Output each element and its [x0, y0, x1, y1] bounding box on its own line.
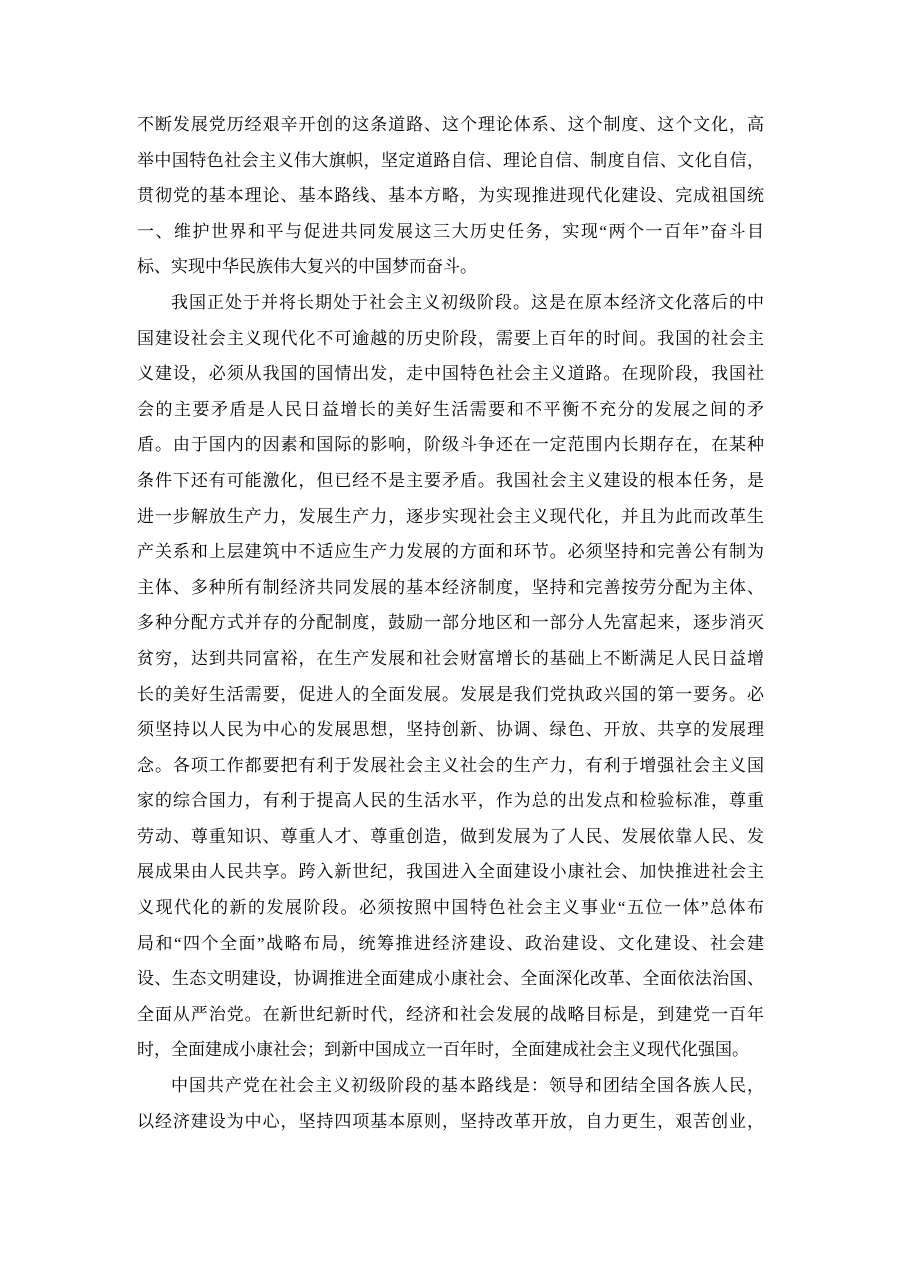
paragraph: 我国正处于并将长期处于社会主义初级阶段。这是在原本经济文化落后的中国建设社会主义…: [137, 285, 764, 1068]
text-line: 全面从严治党。在新世纪新时代，经济和社会发展的战略目标是，到建党一百年: [137, 997, 764, 1033]
text-line: 标、实现中华民族伟大复兴的中国梦而奋斗。: [137, 249, 764, 285]
text-line: 须坚持以人民为中心的发展思想，坚持创新、协调、绿色、开放、共享的发展理: [137, 712, 764, 748]
paragraph: 不断发展党历经艰辛开创的这条道路、这个理论体系、这个制度、这个文化，高举中国特色…: [137, 107, 764, 285]
text-line: 不断发展党历经艰辛开创的这条道路、这个理论体系、这个制度、这个文化，高: [137, 107, 764, 143]
text-line: 中国共产党在社会主义初级阶段的基本路线是：领导和团结全国各族人民，: [137, 1068, 764, 1104]
text-line: 家的综合国力，有利于提高人民的生活水平，作为总的出发点和检验标准，尊重: [137, 783, 764, 819]
text-line: 主体、多种所有制经济共同发展的基本经济制度，坚持和完善按劳分配为主体、: [137, 570, 764, 606]
text-line: 多种分配方式并存的分配制度，鼓励一部分地区和一部分人先富起来，逐步消灭: [137, 605, 764, 641]
document-page: 不断发展党历经艰辛开创的这条道路、这个理论体系、这个制度、这个文化，高举中国特色…: [0, 0, 900, 1272]
text-line: 举中国特色社会主义伟大旗帜，坚定道路自信、理论自信、制度自信、文化自信，: [137, 143, 764, 179]
text-line: 展成果由人民共享。跨入新世纪，我国进入全面建设小康社会、加快推进社会主: [137, 854, 764, 890]
text-line: 条件下还有可能激化，但已经不是主要矛盾。我国社会主义建设的根本任务，是: [137, 463, 764, 499]
text-line: 念。各项工作都要把有利于发展社会主义社会的生产力，有利于增强社会主义国: [137, 748, 764, 784]
text-line: 国建设社会主义现代化不可逾越的历史阶段，需要上百年的时间。我国的社会主: [137, 321, 764, 357]
text-line: 产关系和上层建筑中不适应生产力发展的方面和环节。必须坚持和完善公有制为: [137, 534, 764, 570]
text-line: 贯彻党的基本理论、基本路线、基本方略，为实现推进现代化建设、完成祖国统: [137, 178, 764, 214]
text-line: 盾。由于国内的因素和国际的影响，阶级斗争还在一定范围内长期存在，在某种: [137, 427, 764, 463]
text-line: 时，全面建成小康社会；到新中国成立一百年时，全面建成社会主义现代化强国。: [137, 1032, 764, 1068]
text-line: 会的主要矛盾是人民日益增长的美好生活需要和不平衡不充分的发展之间的矛: [137, 392, 764, 428]
text-line: 进一步解放生产力，发展生产力，逐步实现社会主义现代化，并且为此而改革生: [137, 499, 764, 535]
text-line: 以经济建设为中心，坚持四项基本原则，坚持改革开放，自力更生，艰苦创业，: [137, 1104, 764, 1140]
text-line: 义建设，必须从我国的国情出发，走中国特色社会主义道路。在现阶段，我国社: [137, 356, 764, 392]
text-line: 劳动、尊重知识、尊重人才、尊重创造，做到发展为了人民、发展依靠人民、发: [137, 819, 764, 855]
text-line: 我国正处于并将长期处于社会主义初级阶段。这是在原本经济文化落后的中: [137, 285, 764, 321]
text-line: 长的美好生活需要，促进人的全面发展。发展是我们党执政兴国的第一要务。必: [137, 677, 764, 713]
text-line: 义现代化的新的发展阶段。必须按照中国特色社会主义事业“五位一体”总体布: [137, 890, 764, 926]
text-line: 局和“四个全面”战略布局，统筹推进经济建设、政治建设、文化建设、社会建: [137, 926, 764, 962]
text-line: 贫穷，达到共同富裕，在生产发展和社会财富增长的基础上不断满足人民日益增: [137, 641, 764, 677]
text-line: 一、维护世界和平与促进共同发展这三大历史任务，实现“两个一百年”奋斗目: [137, 214, 764, 250]
text-content: 不断发展党历经艰辛开创的这条道路、这个理论体系、这个制度、这个文化，高举中国特色…: [137, 107, 764, 1139]
text-line: 设、生态文明建设，协调推进全面建成小康社会、全面深化改革、全面依法治国、: [137, 961, 764, 997]
paragraph: 中国共产党在社会主义初级阶段的基本路线是：领导和团结全国各族人民，以经济建设为中…: [137, 1068, 764, 1139]
